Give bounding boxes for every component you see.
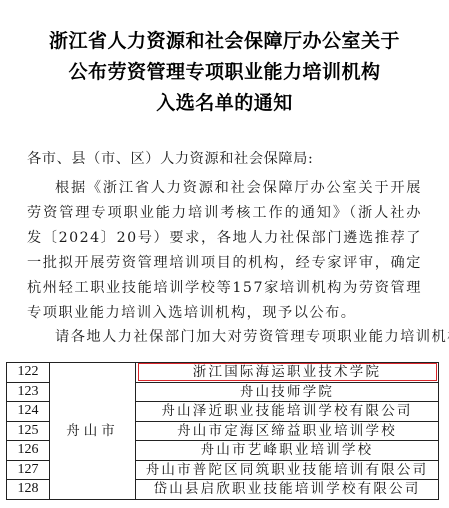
row-number: 122	[7, 363, 50, 383]
title-line-3: 入选名单的通知	[0, 92, 449, 114]
institution-name: 舟山市定海区缔益职业培训学校	[136, 421, 439, 441]
row-number: 125	[7, 421, 50, 441]
body-paragraph-2: 请各地人力社保部门加大对劳资管理专项职业能力培训机构	[27, 325, 422, 350]
salutation: 各市、县（市、区）人力资源和社会保障局:	[27, 147, 422, 172]
city-cell: 舟山市	[50, 363, 136, 500]
row-number: 128	[7, 480, 50, 500]
institution-name: 岱山县启欣职业技能培训学校有限公司	[136, 480, 439, 500]
body-paragraph-1: 根据《浙江省人力资源和社会保障厅办公室关于开展劳资管理专项职业能力培训考核工作的…	[27, 176, 422, 326]
institution-name: 舟山技师学院	[136, 382, 439, 402]
institution-name: 舟山市普陀区同筑职业技能培训有限公司	[136, 460, 439, 480]
institution-name: 舟山市艺峰职业培训学校	[136, 441, 439, 461]
highlight-box	[138, 363, 437, 381]
institution-name-highlighted: 浙江国际海运职业技术学院	[136, 363, 439, 383]
row-number: 123	[7, 382, 50, 402]
row-number: 126	[7, 441, 50, 461]
institution-name: 舟山泽近职业技能培训学校有限公司	[136, 402, 439, 422]
institution-table: 122 舟山市 浙江国际海运职业技术学院 123 舟山技师学院 124 舟山泽近…	[6, 362, 439, 500]
title-line-1: 浙江省人力资源和社会保障厅办公室关于	[0, 30, 449, 52]
row-number: 127	[7, 460, 50, 480]
table-row: 122 舟山市 浙江国际海运职业技术学院	[7, 363, 439, 383]
title-line-2: 公布劳资管理专项职业能力培训机构	[0, 61, 449, 83]
row-number: 124	[7, 402, 50, 422]
